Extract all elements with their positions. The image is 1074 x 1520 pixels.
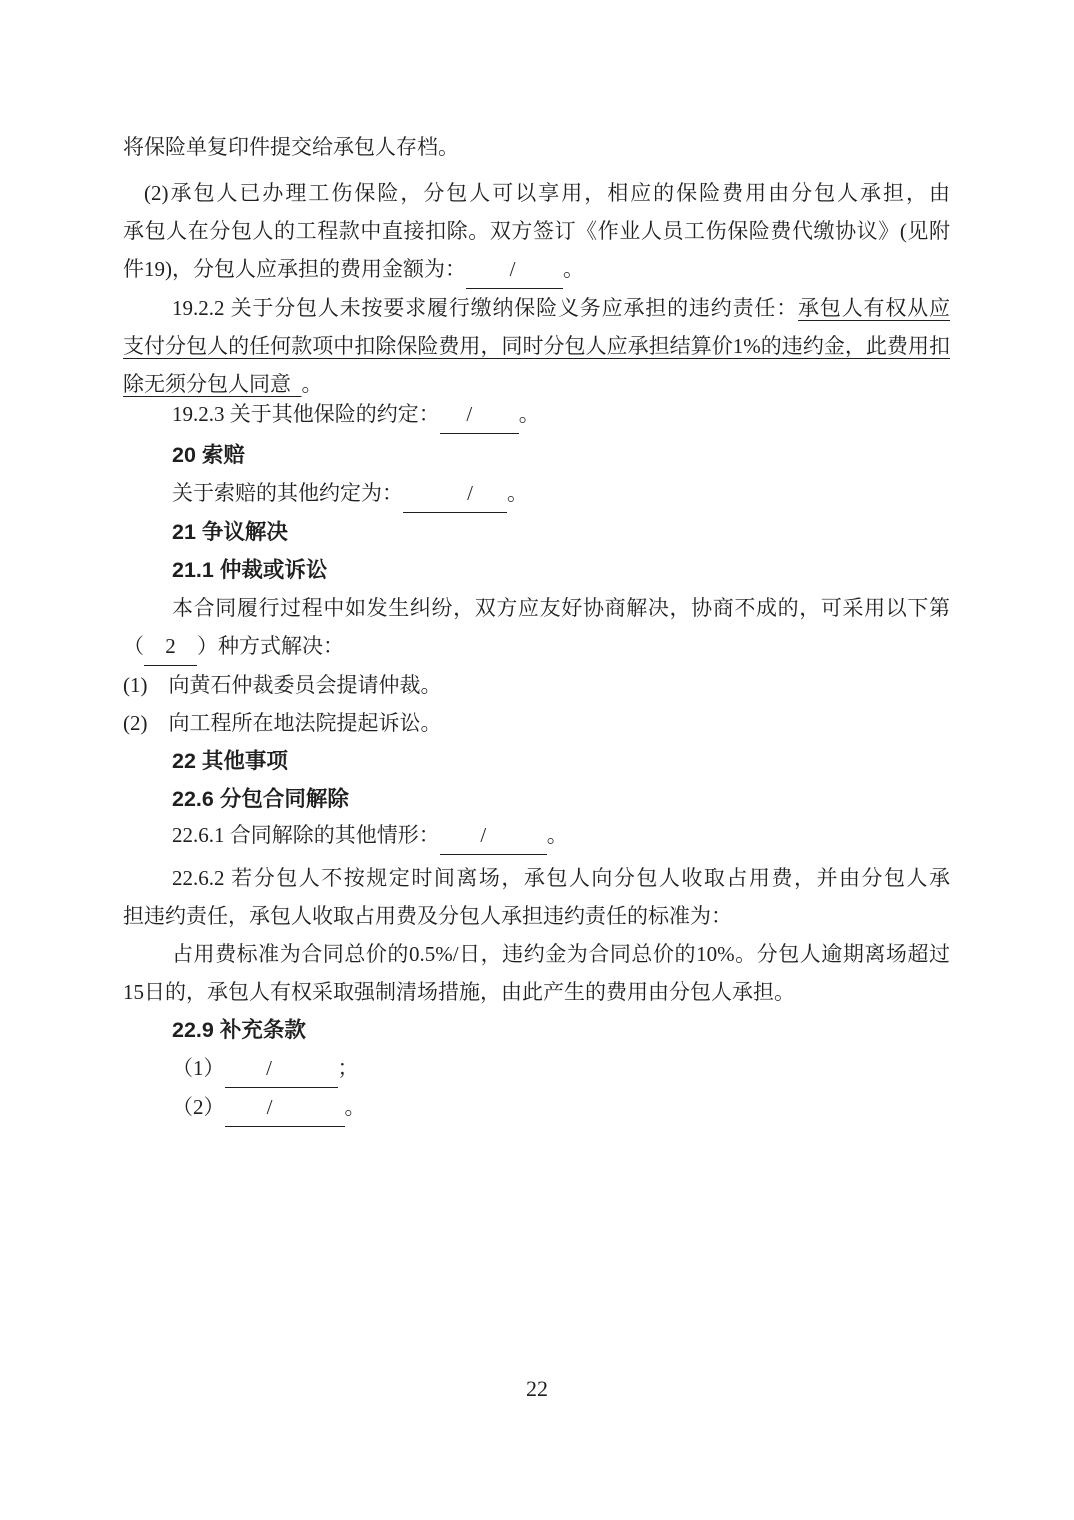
- text-span: 19.2.3 关于其他保险的约定：: [172, 402, 440, 426]
- text-line: 本合同履行过程中如发生纠纷，双方应友好协商解决，协商不成的，可采用以下第: [123, 589, 950, 627]
- text-line: 件19)，分包人应承担的费用金额为：/。: [123, 250, 950, 289]
- section-heading: 22.6 分包合同解除: [123, 780, 950, 818]
- text-line: 占用费标准为合同总价的0.5%/日，违约金为合同总价的10%。分包人逾期离场超过: [123, 935, 950, 973]
- text-span: 22.6 分包合同解除: [172, 787, 349, 811]
- text-span: 20 索赔: [172, 443, 245, 467]
- fill-in-blank: /: [225, 1088, 345, 1127]
- text-line: 22.6.1 合同解除的其他情形：/。: [123, 816, 950, 855]
- text-line: 支付分包人的任何款项中扣除保险费用，同时分包人应承担结算价1%的违约金，此费用扣: [123, 327, 950, 365]
- text-line: 关于索赔的其他约定为：/。: [123, 474, 950, 513]
- underlined-text: 承包人有权从应: [798, 296, 950, 320]
- text-span: 承包人在分包人的工程款中直接扣除。双方签订《作业人员工伤保险费代缴协议》(见附: [123, 219, 950, 243]
- text-span: 将保险单复印件提交给承包人存档。: [123, 135, 459, 159]
- text-span: ；: [338, 1056, 359, 1080]
- text-line: （2）/。: [123, 1088, 950, 1127]
- underlined-text: 支付分包人的任何款项中扣除保险费用，同时分包人应承担结算价1%的违约金，此费用扣: [123, 334, 950, 358]
- page-number: 22: [0, 1376, 1074, 1402]
- text-span: 。: [507, 481, 528, 505]
- text-span: 件19)，分包人应承担的费用金额为：: [123, 257, 466, 281]
- text-span: 22.9 补充条款: [172, 1018, 306, 1042]
- text-line: 22.6.2 若分包人不按规定时间离场，承包人向分包人收取占用费，并由分包人承: [123, 859, 950, 897]
- text-span: 。: [519, 402, 540, 426]
- section-heading: 22.9 补充条款: [123, 1011, 950, 1049]
- text-span: 。: [547, 823, 568, 847]
- text-span: 。: [563, 257, 584, 281]
- text-span: ）种方式解决：: [197, 634, 344, 658]
- text-span: （: [123, 634, 144, 658]
- section-heading: 21.1 仲裁或诉讼: [123, 551, 950, 589]
- text-line: (2) 向工程所在地法院提起诉讼。: [123, 704, 950, 742]
- text-span: 。: [345, 1095, 366, 1119]
- text-line: 19.2.2 关于分包人未按要求履行缴纳保险义务应承担的违约责任：承包人有权从应: [123, 289, 950, 327]
- text-line: 承包人在分包人的工程款中直接扣除。双方签订《作业人员工伤保险费代缴协议》(见附: [123, 212, 950, 250]
- text-span: 。: [302, 372, 323, 396]
- text-span: (2) 向工程所在地法院提起诉讼。: [123, 711, 442, 735]
- text-line: 担违约责任，承包人收取占用费及分包人承担违约责任的标准为：: [123, 897, 950, 935]
- text-line: 19.2.3 关于其他保险的约定：/。: [123, 395, 950, 434]
- text-span: 占用费标准为合同总价的0.5%/日，违约金为合同总价的10%。分包人逾期离场超过: [172, 942, 950, 966]
- text-span: （2）: [172, 1095, 225, 1119]
- section-heading: 21 争议解决: [123, 513, 950, 551]
- text-span: 22.6.1 合同解除的其他情形：: [172, 823, 440, 847]
- text-line: (1) 向黄石仲裁委员会提请仲裁。: [123, 666, 950, 704]
- text-span: 22 其他事项: [172, 749, 288, 773]
- section-heading: 20 索赔: [123, 436, 950, 474]
- text-span: 关于索赔的其他约定为：: [172, 481, 403, 505]
- text-span: (2)承包人已办理工伤保险，分包人可以享用，相应的保险费用由分包人承担，由: [144, 181, 950, 205]
- fill-in-blank: 2: [144, 627, 197, 666]
- section-heading: 22 其他事项: [123, 742, 950, 780]
- underlined-text: 除无须分包人同意: [123, 372, 302, 396]
- text-line: （1）/；: [123, 1049, 950, 1088]
- document-page: 将保险单复印件提交给承包人存档。(2)承包人已办理工伤保险，分包人可以享用，相应…: [0, 0, 1074, 1520]
- fill-in-blank: /: [466, 250, 563, 289]
- document-content: 将保险单复印件提交给承包人存档。(2)承包人已办理工伤保险，分包人可以享用，相应…: [123, 128, 950, 1127]
- fill-in-blank: /: [440, 395, 519, 434]
- fill-in-blank: /: [403, 474, 507, 513]
- text-line: 将保险单复印件提交给承包人存档。: [123, 128, 950, 166]
- text-span: 本合同履行过程中如发生纠纷，双方应友好协商解决，协商不成的，可采用以下第: [172, 596, 950, 620]
- text-span: (1) 向黄石仲裁委员会提请仲裁。: [123, 673, 442, 697]
- text-span: 19.2.2 关于分包人未按要求履行缴纳保险义务应承担的违约责任：: [172, 296, 798, 320]
- text-span: （1）: [172, 1056, 225, 1080]
- text-line: (2)承包人已办理工伤保险，分包人可以享用，相应的保险费用由分包人承担，由: [123, 174, 950, 212]
- text-span: 21 争议解决: [172, 520, 288, 544]
- text-span: 担违约责任，承包人收取占用费及分包人承担违约责任的标准为：: [123, 904, 732, 928]
- text-span: 21.1 仲裁或诉讼: [172, 558, 327, 582]
- text-span: 15日的，承包人有权采取强制清场措施，由此产生的费用由分包人承担。: [123, 980, 795, 1004]
- text-span: 22.6.2 若分包人不按规定时间离场，承包人向分包人收取占用费，并由分包人承: [172, 866, 950, 890]
- text-line: 15日的，承包人有权采取强制清场措施，由此产生的费用由分包人承担。: [123, 973, 950, 1011]
- fill-in-blank: /: [225, 1049, 338, 1088]
- text-line: （2）种方式解决：: [123, 627, 950, 666]
- fill-in-blank: /: [440, 816, 547, 855]
